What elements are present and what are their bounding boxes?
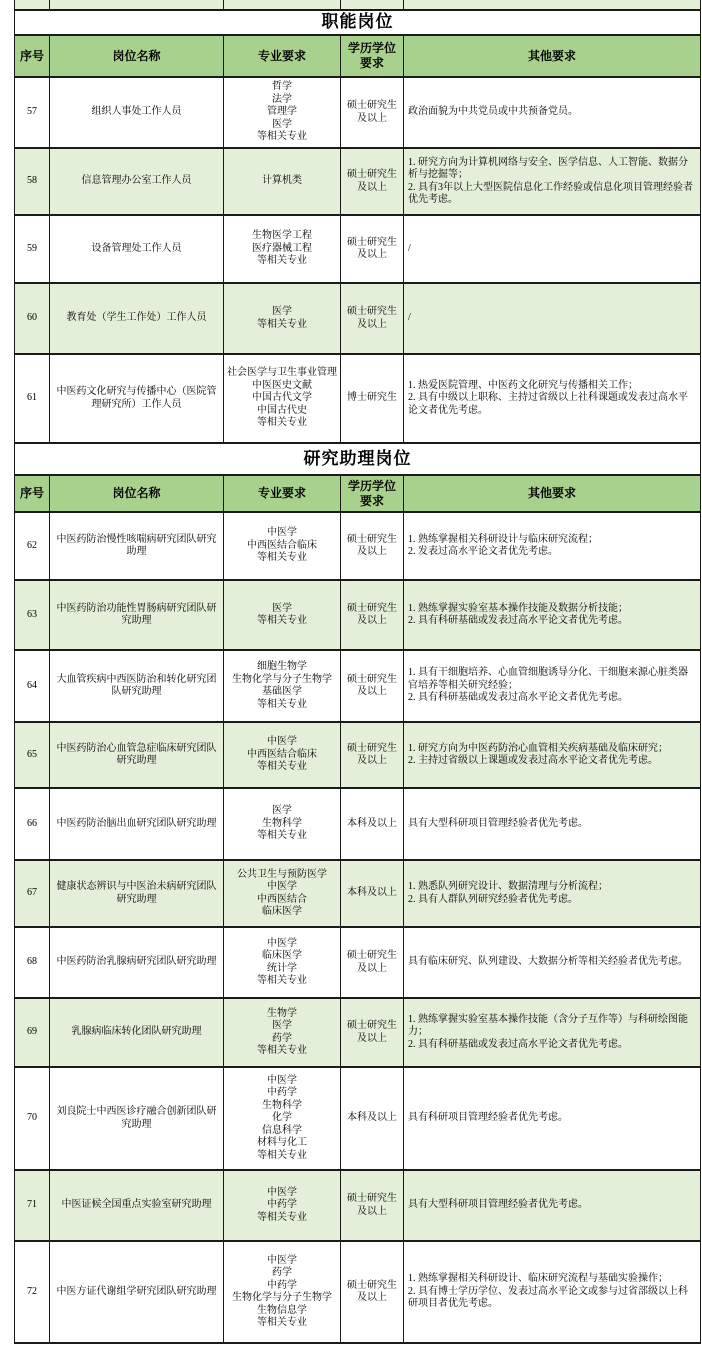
major-line: 公共卫生与预防医学 bbox=[226, 869, 338, 882]
cell-serial-no: 70 bbox=[15, 1067, 50, 1170]
major-line: 临床医学 bbox=[226, 950, 338, 963]
table-row: 60教育处（学生工作处）工作人员医学等相关专业硕士研究生及以上/ bbox=[15, 283, 701, 354]
table-row: 66中医药防治脑出血研究团队研究助理医学生物科学等相关专业本科及以上具有大型科研… bbox=[15, 788, 701, 860]
cell-major-requirements: 社会医学与卫生事业管理中医医史文献中国古代文学中国古代史等相关专业 bbox=[224, 354, 341, 443]
column-header: 序号 bbox=[15, 35, 50, 77]
major-line: 统计学 bbox=[226, 963, 338, 976]
cell-position-name: 教育处（学生工作处）工作人员 bbox=[50, 283, 224, 354]
cell-other-requirements: 具有大型科研项目管理经验者优先考虑。 bbox=[404, 1170, 701, 1241]
major-line: 中医学 bbox=[226, 881, 338, 894]
major-line: 等相关专业 bbox=[226, 552, 338, 565]
other-requirement-line: 2. 发表过高水平论文者优先考虑。 bbox=[408, 546, 696, 559]
column-header: 学历学位要求 bbox=[341, 35, 404, 77]
cell-serial-no: 66 bbox=[15, 788, 50, 860]
other-requirement-line: 1. 熟练掌握相关科研设计、临床研究流程与基础实验操作； bbox=[408, 1273, 696, 1286]
cell-degree-requirement: 硕士研究生及以上 bbox=[341, 215, 404, 283]
cell-serial-no: 67 bbox=[15, 860, 50, 927]
cell-degree-requirement: 硕士研究生及以上 bbox=[341, 1241, 404, 1343]
other-requirement-line: 1. 研究方向为中医药防治心血管相关疾病基础及临床研究； bbox=[408, 743, 696, 756]
major-line: 等相关专业 bbox=[226, 131, 338, 144]
cell-degree-requirement: 硕士研究生及以上 bbox=[341, 998, 404, 1067]
table-row: 70刘良院士中西医诊疗融合创新团队研究助理中医学中药学生物科学化学信息科学材料与… bbox=[15, 1067, 701, 1170]
cell-other-requirements: 1. 热爱医院管理、中医药文化研究与传播相关工作；2. 具有中级以上职称、主持过… bbox=[404, 354, 701, 443]
major-line: 临床医学 bbox=[226, 906, 338, 919]
table-row: 72中医方证代谢组学研究团队研究助理中医学药学中药学生物化学与分子生物学生物信息… bbox=[15, 1241, 701, 1343]
other-requirement-line: 具有科研项目管理经验者优先考虑。 bbox=[408, 1112, 696, 1125]
other-requirement-line: 1. 熟悉队列研究设计、数据清理与分析流程； bbox=[408, 881, 696, 894]
major-line: 中西医结合临床 bbox=[226, 749, 338, 762]
clipped-previous-row bbox=[15, 0, 701, 10]
cell-position-name: 乳腺病临床转化团队研究助理 bbox=[50, 998, 224, 1067]
cell-degree-requirement: 硕士研究生及以上 bbox=[341, 283, 404, 354]
other-requirement-line: / bbox=[408, 243, 696, 256]
major-line: 基础医学 bbox=[226, 686, 338, 699]
major-line: 化学 bbox=[226, 1112, 338, 1125]
column-header: 专业要求 bbox=[224, 475, 341, 512]
major-line: 中医学 bbox=[226, 527, 338, 540]
cell-major-requirements: 医学生物科学等相关专业 bbox=[224, 788, 341, 860]
major-line: 医学 bbox=[226, 119, 338, 132]
clipped-cell bbox=[50, 0, 224, 10]
column-header: 专业要求 bbox=[224, 35, 341, 77]
major-line: 中医学 bbox=[226, 1255, 338, 1268]
cell-major-requirements: 生物学医学药学等相关专业 bbox=[224, 998, 341, 1067]
cell-other-requirements: 1. 具有干细胞培养、心血管细胞诱导分化、干细胞来源心脏类器官培养等相关研究经验… bbox=[404, 650, 701, 722]
cell-other-requirements: 1. 熟练掌握相关科研设计与临床研究流程；2. 发表过高水平论文者优先考虑。 bbox=[404, 512, 701, 580]
cell-other-requirements: / bbox=[404, 283, 701, 354]
major-line: 等相关专业 bbox=[226, 830, 338, 843]
cell-major-requirements: 医学等相关专业 bbox=[224, 580, 341, 650]
cell-other-requirements: 1. 研究方向为计算机网络与安全、医学信息、人工智能、数据分析与挖掘等；2. 具… bbox=[404, 148, 701, 215]
other-requirement-line: 政治面貌为中共党员或中共预备党员。 bbox=[408, 106, 696, 119]
cell-other-requirements: 1. 熟悉队列研究设计、数据清理与分析流程；2. 具有人群队列研究经验者优先考虑… bbox=[404, 860, 701, 927]
other-requirement-line: 2. 具有科研基础或发表过高水平论文者优先考虑。 bbox=[408, 1039, 696, 1052]
column-header: 序号 bbox=[15, 475, 50, 512]
major-line: 中西医结合 bbox=[226, 894, 338, 907]
cell-other-requirements: 政治面貌为中共党员或中共预备党员。 bbox=[404, 77, 701, 148]
cell-degree-requirement: 硕士研究生及以上 bbox=[341, 77, 404, 148]
clipped-cell bbox=[224, 0, 341, 10]
major-line: 生物科学 bbox=[226, 818, 338, 831]
cell-serial-no: 62 bbox=[15, 512, 50, 580]
cell-degree-requirement: 硕士研究生及以上 bbox=[341, 580, 404, 650]
other-requirement-line: 2. 具有中级以上职称、主持过省级以上社科课题或发表过高水平论文者优先考虑。 bbox=[408, 392, 696, 417]
major-line: 等相关专业 bbox=[226, 1317, 338, 1330]
table-row: 59设备管理处工作人员生物医学工程医疗器械工程等相关专业硕士研究生及以上/ bbox=[15, 215, 701, 283]
column-header: 岗位名称 bbox=[50, 475, 224, 512]
major-line: 医学 bbox=[226, 603, 338, 616]
cell-position-name: 中医药防治功能性胃肠病研究团队研究助理 bbox=[50, 580, 224, 650]
major-line: 生物化学与分子生物学 bbox=[226, 1292, 338, 1305]
major-line: 等相关专业 bbox=[226, 699, 338, 712]
other-requirement-line: 具有临床研究、队列建设、大数据分析等相关经验者优先考虑。 bbox=[408, 956, 696, 969]
cell-degree-requirement: 硕士研究生及以上 bbox=[341, 148, 404, 215]
major-line: 中国古代史 bbox=[226, 405, 338, 418]
other-requirement-line: / bbox=[408, 312, 696, 325]
other-requirement-line: 2. 具有人群队列研究经验者优先考虑。 bbox=[408, 894, 696, 907]
major-line: 医疗器械工程 bbox=[226, 243, 338, 256]
column-header: 岗位名称 bbox=[50, 35, 224, 77]
cell-position-name: 中医方证代谢组学研究团队研究助理 bbox=[50, 1241, 224, 1343]
cell-major-requirements: 中医学临床医学统计学等相关专业 bbox=[224, 927, 341, 998]
cell-serial-no: 61 bbox=[15, 354, 50, 443]
cell-major-requirements: 细胞生物学生物化学与分子生物学基础医学等相关专业 bbox=[224, 650, 341, 722]
clipped-cell bbox=[15, 0, 50, 10]
cell-position-name: 刘良院士中西医诊疗融合创新团队研究助理 bbox=[50, 1067, 224, 1170]
major-line: 计算机类 bbox=[226, 175, 338, 188]
cell-degree-requirement: 硕士研究生及以上 bbox=[341, 512, 404, 580]
table-row: 67健康状态辨识与中医治未病研究团队研究助理公共卫生与预防医学中医学中西医结合临… bbox=[15, 860, 701, 927]
cell-position-name: 大血管疾病中西医防治和转化研究团队研究助理 bbox=[50, 650, 224, 722]
cell-serial-no: 60 bbox=[15, 283, 50, 354]
cell-position-name: 中医证候全国重点实验室研究助理 bbox=[50, 1170, 224, 1241]
cell-serial-no: 65 bbox=[15, 722, 50, 788]
cell-position-name: 中医药防治脑出血研究团队研究助理 bbox=[50, 788, 224, 860]
major-line: 法学 bbox=[226, 94, 338, 107]
other-requirement-line: 1. 熟练掌握实验室基本操作技能及数据分析技能； bbox=[408, 603, 696, 616]
other-requirement-line: 2. 具有3年以上大型医院信息化工作经验或信息化项目管理经验者优先考虑。 bbox=[408, 182, 696, 207]
other-requirement-line: 1. 热爱医院管理、中医药文化研究与传播相关工作； bbox=[408, 380, 696, 393]
other-requirement-line: 1. 具有干细胞培养、心血管细胞诱导分化、干细胞来源心脏类器官培养等相关研究经验… bbox=[408, 667, 696, 692]
other-requirement-line: 2. 具有科研基础或发表过高水平论文者优先考虑。 bbox=[408, 692, 696, 705]
major-line: 等相关专业 bbox=[226, 761, 338, 774]
section-title-row: 研究助理岗位 bbox=[15, 443, 701, 475]
major-line: 等相关专业 bbox=[226, 1212, 338, 1225]
table-body: 职能岗位序号岗位名称专业要求学历学位要求其他要求57组织人事处工作人员哲学法学管… bbox=[15, 0, 701, 1343]
major-line: 医学 bbox=[226, 805, 338, 818]
column-header: 其他要求 bbox=[404, 35, 701, 77]
cell-other-requirements: 具有科研项目管理经验者优先考虑。 bbox=[404, 1067, 701, 1170]
table-row: 64大血管疾病中西医防治和转化研究团队研究助理细胞生物学生物化学与分子生物学基础… bbox=[15, 650, 701, 722]
major-line: 中医医史文献 bbox=[226, 380, 338, 393]
table-row: 62中医药防治慢性咳喘病研究团队研究助理中医学中西医结合临床等相关专业硕士研究生… bbox=[15, 512, 701, 580]
cell-major-requirements: 医学等相关专业 bbox=[224, 283, 341, 354]
cell-serial-no: 64 bbox=[15, 650, 50, 722]
cell-position-name: 中医药防治乳腺病研究团队研究助理 bbox=[50, 927, 224, 998]
cell-major-requirements: 中医学药学中药学生物化学与分子生物学生物信息学等相关专业 bbox=[224, 1241, 341, 1343]
major-line: 等相关专业 bbox=[226, 1150, 338, 1163]
major-line: 等相关专业 bbox=[226, 417, 338, 430]
major-line: 医学 bbox=[226, 1020, 338, 1033]
major-line: 中医学 bbox=[226, 1075, 338, 1088]
major-line: 等相关专业 bbox=[226, 255, 338, 268]
major-line: 等相关专业 bbox=[226, 975, 338, 988]
cell-degree-requirement: 本科及以上 bbox=[341, 860, 404, 927]
other-requirement-line: 具有大型科研项目管理经验者优先考虑。 bbox=[408, 818, 696, 831]
cell-major-requirements: 中医学中药学生物科学化学信息科学材料与化工等相关专业 bbox=[224, 1067, 341, 1170]
major-line: 中医学 bbox=[226, 1187, 338, 1200]
cell-other-requirements: 具有大型科研项目管理经验者优先考虑。 bbox=[404, 788, 701, 860]
major-line: 生物医学工程 bbox=[226, 230, 338, 243]
major-line: 生物化学与分子生物学 bbox=[226, 674, 338, 687]
cell-position-name: 信息管理办公室工作人员 bbox=[50, 148, 224, 215]
positions-table: 职能岗位序号岗位名称专业要求学历学位要求其他要求57组织人事处工作人员哲学法学管… bbox=[14, 0, 701, 1344]
cell-degree-requirement: 本科及以上 bbox=[341, 788, 404, 860]
cell-major-requirements: 中医学中药学等相关专业 bbox=[224, 1170, 341, 1241]
section-title: 职能岗位 bbox=[15, 10, 701, 35]
cell-degree-requirement: 硕士研究生及以上 bbox=[341, 650, 404, 722]
table-row: 71中医证候全国重点实验室研究助理中医学中药学等相关专业硕士研究生及以上具有大型… bbox=[15, 1170, 701, 1241]
major-line: 社会医学与卫生事业管理 bbox=[226, 367, 338, 380]
section-title-row: 职能岗位 bbox=[15, 10, 701, 35]
other-requirement-line: 2. 主持过省级以上课题或发表过高水平论文者优先考虑。 bbox=[408, 755, 696, 768]
cell-other-requirements: 1. 熟练掌握实验室基本操作技能（含分子互作等）与科研绘图能力；2. 具有科研基… bbox=[404, 998, 701, 1067]
cell-serial-no: 58 bbox=[15, 148, 50, 215]
cell-other-requirements: 1. 熟练掌握相关科研设计、临床研究流程与基础实验操作；2. 具有博士学历学位、… bbox=[404, 1241, 701, 1343]
cell-serial-no: 71 bbox=[15, 1170, 50, 1241]
cell-other-requirements: 1. 研究方向为中医药防治心血管相关疾病基础及临床研究；2. 主持过省级以上课题… bbox=[404, 722, 701, 788]
major-line: 哲学 bbox=[226, 81, 338, 94]
cell-other-requirements: 具有临床研究、队列建设、大数据分析等相关经验者优先考虑。 bbox=[404, 927, 701, 998]
other-requirement-line: 1. 熟练掌握实验室基本操作技能（含分子互作等）与科研绘图能力； bbox=[408, 1014, 696, 1039]
clipped-cell bbox=[341, 0, 404, 10]
column-header-row: 序号岗位名称专业要求学历学位要求其他要求 bbox=[15, 35, 701, 77]
cell-other-requirements: / bbox=[404, 215, 701, 283]
cell-serial-no: 57 bbox=[15, 77, 50, 148]
cell-major-requirements: 中医学中西医结合临床等相关专业 bbox=[224, 722, 341, 788]
major-line: 等相关专业 bbox=[226, 615, 338, 628]
cell-major-requirements: 计算机类 bbox=[224, 148, 341, 215]
major-line: 药学 bbox=[226, 1267, 338, 1280]
cell-degree-requirement: 硕士研究生及以上 bbox=[341, 927, 404, 998]
cell-degree-requirement: 硕士研究生及以上 bbox=[341, 722, 404, 788]
cell-position-name: 中医药防治心血管急症临床研究团队研究助理 bbox=[50, 722, 224, 788]
major-line: 药学 bbox=[226, 1033, 338, 1046]
major-line: 中国古代文学 bbox=[226, 392, 338, 405]
other-requirement-line: 2. 具有科研基础或发表过高水平论文者优先考虑。 bbox=[408, 615, 696, 628]
major-line: 信息科学 bbox=[226, 1125, 338, 1138]
table-row: 68中医药防治乳腺病研究团队研究助理中医学临床医学统计学等相关专业硕士研究生及以… bbox=[15, 927, 701, 998]
column-header-row: 序号岗位名称专业要求学历学位要求其他要求 bbox=[15, 475, 701, 512]
clipped-cell bbox=[404, 0, 701, 10]
table-row: 61中医药文化研究与传播中心（医院管理研究所）工作人员社会医学与卫生事业管理中医… bbox=[15, 354, 701, 443]
cell-major-requirements: 生物医学工程医疗器械工程等相关专业 bbox=[224, 215, 341, 283]
major-line: 生物信息学 bbox=[226, 1305, 338, 1318]
cell-serial-no: 63 bbox=[15, 580, 50, 650]
column-header: 学历学位要求 bbox=[341, 475, 404, 512]
cell-degree-requirement: 硕士研究生及以上 bbox=[341, 1170, 404, 1241]
cell-degree-requirement: 本科及以上 bbox=[341, 1067, 404, 1170]
cell-serial-no: 68 bbox=[15, 927, 50, 998]
cell-serial-no: 72 bbox=[15, 1241, 50, 1343]
major-line: 中医学 bbox=[226, 938, 338, 951]
table-row: 57组织人事处工作人员哲学法学管理学医学等相关专业硕士研究生及以上政治面貌为中共… bbox=[15, 77, 701, 148]
cell-position-name: 组织人事处工作人员 bbox=[50, 77, 224, 148]
cell-position-name: 中医药文化研究与传播中心（医院管理研究所）工作人员 bbox=[50, 354, 224, 443]
section-title: 研究助理岗位 bbox=[15, 443, 701, 475]
other-requirement-line: 具有大型科研项目管理经验者优先考虑。 bbox=[408, 1199, 696, 1212]
cell-other-requirements: 1. 熟练掌握实验室基本操作技能及数据分析技能；2. 具有科研基础或发表过高水平… bbox=[404, 580, 701, 650]
cell-position-name: 设备管理处工作人员 bbox=[50, 215, 224, 283]
major-line: 生物学 bbox=[226, 1008, 338, 1021]
major-line: 材料与化工 bbox=[226, 1137, 338, 1150]
table-row: 58信息管理办公室工作人员计算机类硕士研究生及以上1. 研究方向为计算机网络与安… bbox=[15, 148, 701, 215]
major-line: 等相关专业 bbox=[226, 319, 338, 332]
cell-major-requirements: 哲学法学管理学医学等相关专业 bbox=[224, 77, 341, 148]
major-line: 中医学 bbox=[226, 736, 338, 749]
other-requirement-line: 1. 熟练掌握相关科研设计与临床研究流程； bbox=[408, 534, 696, 547]
major-line: 管理学 bbox=[226, 106, 338, 119]
major-line: 生物科学 bbox=[226, 1100, 338, 1113]
cell-major-requirements: 公共卫生与预防医学中医学中西医结合临床医学 bbox=[224, 860, 341, 927]
major-line: 中药学 bbox=[226, 1199, 338, 1212]
cell-position-name: 健康状态辨识与中医治未病研究团队研究助理 bbox=[50, 860, 224, 927]
major-line: 中药学 bbox=[226, 1087, 338, 1100]
other-requirement-line: 1. 研究方向为计算机网络与安全、医学信息、人工智能、数据分析与挖掘等； bbox=[408, 157, 696, 182]
major-line: 中药学 bbox=[226, 1280, 338, 1293]
table-row: 65中医药防治心血管急症临床研究团队研究助理中医学中西医结合临床等相关专业硕士研… bbox=[15, 722, 701, 788]
recruitment-table-page: 职能岗位序号岗位名称专业要求学历学位要求其他要求57组织人事处工作人员哲学法学管… bbox=[0, 0, 702, 1350]
cell-major-requirements: 中医学中西医结合临床等相关专业 bbox=[224, 512, 341, 580]
other-requirement-line: 2. 具有博士学历学位、发表过高水平论文或参与过省部级以上科研项目者优先考虑。 bbox=[408, 1286, 696, 1311]
major-line: 细胞生物学 bbox=[226, 661, 338, 674]
cell-degree-requirement: 博士研究生 bbox=[341, 354, 404, 443]
cell-serial-no: 59 bbox=[15, 215, 50, 283]
table-row: 63中医药防治功能性胃肠病研究团队研究助理医学等相关专业硕士研究生及以上1. 熟… bbox=[15, 580, 701, 650]
cell-position-name: 中医药防治慢性咳喘病研究团队研究助理 bbox=[50, 512, 224, 580]
major-line: 医学 bbox=[226, 306, 338, 319]
table-row: 69乳腺病临床转化团队研究助理生物学医学药学等相关专业硕士研究生及以上1. 熟练… bbox=[15, 998, 701, 1067]
major-line: 等相关专业 bbox=[226, 1045, 338, 1058]
major-line: 中西医结合临床 bbox=[226, 540, 338, 553]
cell-serial-no: 69 bbox=[15, 998, 50, 1067]
column-header: 其他要求 bbox=[404, 475, 701, 512]
